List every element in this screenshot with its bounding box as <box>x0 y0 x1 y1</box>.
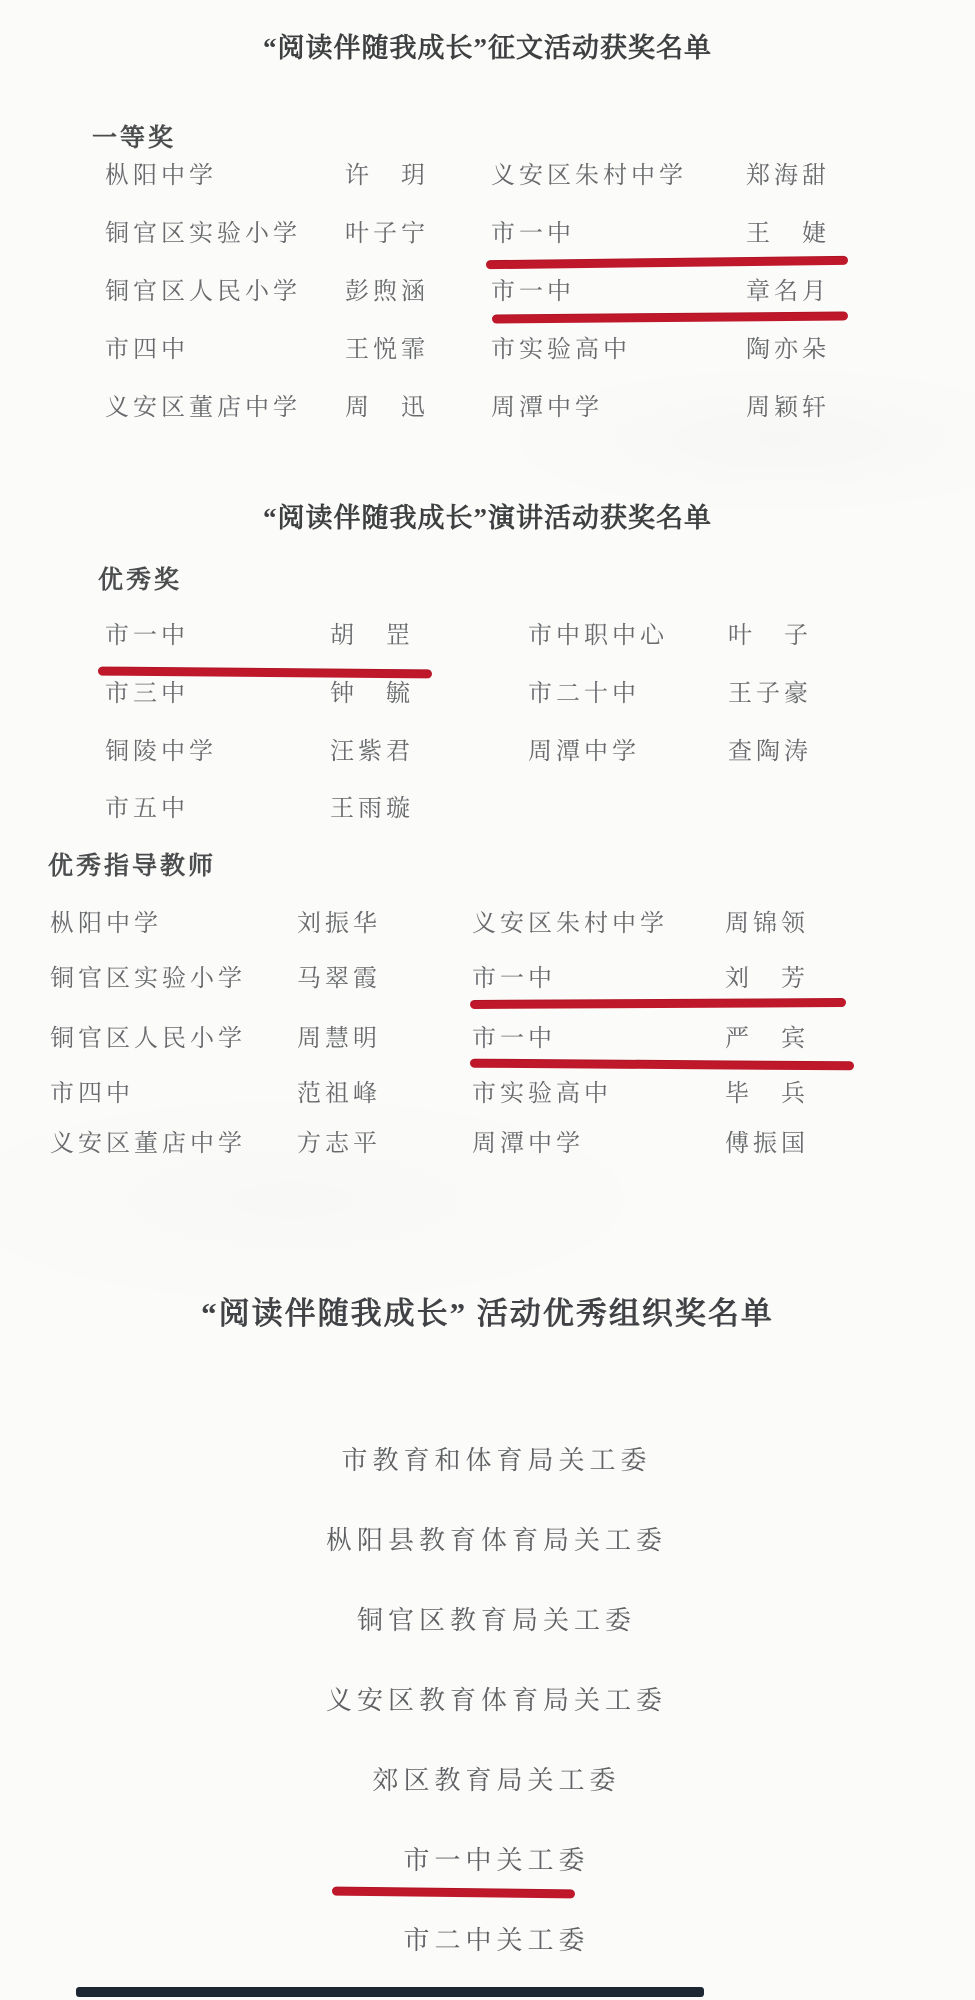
speech-award-title: “阅读伴随我成长”演讲活动获奖名单 <box>0 496 975 535</box>
red-underline-mark <box>332 1887 575 1899</box>
teacher-name-cell: 刘 芳 <box>725 958 809 993</box>
award-row: 铜官区人民小学 周慧明 市一中 严 宾 <box>0 1018 975 1052</box>
award-row: 市三中 钟 毓 市二十中 王子豪 <box>0 673 975 707</box>
student-name-cell: 周颖轩 <box>746 387 830 422</box>
school-cell: 铜陵中学 <box>105 731 217 766</box>
page-edge-line <box>76 1987 704 1997</box>
award-row: 市一中 胡 罡 市中职中心 叶 子 <box>0 615 975 649</box>
red-underline-mark <box>486 256 848 269</box>
guidance-teacher-label: 优秀指导教师 <box>48 846 216 882</box>
school-cell: 铜官区实验小学 <box>105 213 301 248</box>
student-name-cell: 胡 罡 <box>330 615 414 650</box>
award-row: 铜官区实验小学 叶子宁 市一中 王 婕 <box>0 213 975 247</box>
award-row: 铜官区人民小学 彭煦涵 市一中 章名月 <box>0 271 975 305</box>
red-underline-mark <box>492 311 848 323</box>
school-cell: 市四中 <box>105 329 189 364</box>
award-row: 义安区董店中学 周 迅 周潭中学 周颖轩 <box>0 387 975 421</box>
teacher-name-cell: 刘振华 <box>297 903 381 938</box>
student-name-cell: 汪紫君 <box>330 731 414 766</box>
school-cell: 周潭中学 <box>491 387 603 422</box>
student-name-cell: 彭煦涵 <box>345 271 429 306</box>
organization-award-title: “阅读伴随我成长” 活动优秀组织奖名单 <box>0 1288 975 1333</box>
student-name-cell: 许 玥 <box>345 155 429 190</box>
award-row: 市四中 范祖峰 市实验高中 毕 兵 <box>0 1073 975 1107</box>
red-underline-mark <box>470 998 846 1009</box>
school-cell: 周潭中学 <box>528 731 640 766</box>
teacher-name-cell: 马翠霞 <box>297 958 381 993</box>
school-cell: 市一中 <box>472 1018 556 1053</box>
school-cell: 铜官区实验小学 <box>50 958 246 993</box>
org-item: 市一中关工委 <box>0 1840 975 1877</box>
student-name-cell: 郑海甜 <box>746 155 830 190</box>
school-cell: 市二十中 <box>528 673 640 708</box>
teacher-name-cell: 周锦领 <box>725 903 809 938</box>
first-prize-label: 一等奖 <box>92 118 176 154</box>
scanned-document-page: “阅读伴随我成长”征文活动获奖名单 一等奖 枞阳中学 许 玥 义安区朱村中学 郑… <box>0 0 975 2000</box>
school-cell: 义安区朱村中学 <box>472 903 668 938</box>
teacher-name-cell: 严 宾 <box>725 1018 809 1053</box>
school-cell: 周潭中学 <box>472 1123 584 1158</box>
school-cell: 市实验高中 <box>491 329 631 364</box>
school-cell: 市一中 <box>105 615 189 650</box>
student-name-cell: 王 婕 <box>746 213 830 248</box>
school-cell: 义安区董店中学 <box>50 1123 246 1158</box>
org-item: 郊区教育局关工委 <box>0 1760 975 1797</box>
school-cell: 市一中 <box>472 958 556 993</box>
award-row: 枞阳中学 刘振华 义安区朱村中学 周锦领 <box>0 903 975 937</box>
red-underline-mark <box>470 1059 854 1071</box>
school-cell: 市三中 <box>105 673 189 708</box>
student-name-cell: 章名月 <box>746 271 830 306</box>
school-cell: 枞阳中学 <box>105 155 217 190</box>
award-row: 市五中 王雨璇 <box>0 788 975 822</box>
student-name-cell: 钟 毓 <box>330 673 414 708</box>
teacher-name-cell: 毕 兵 <box>725 1073 809 1108</box>
org-item: 市教育和体育局关工委 <box>0 1440 975 1477</box>
student-name-cell: 王子豪 <box>728 673 812 708</box>
award-row: 铜陵中学 汪紫君 周潭中学 查陶涛 <box>0 731 975 765</box>
org-item: 市二中关工委 <box>0 1920 975 1957</box>
school-cell: 市一中 <box>491 213 575 248</box>
school-cell: 铜官区人民小学 <box>105 271 301 306</box>
org-item: 枞阳县教育体育局关工委 <box>0 1520 975 1557</box>
excellence-prize-label: 优秀奖 <box>98 560 182 596</box>
student-name-cell: 周 迅 <box>345 387 429 422</box>
award-row: 市四中 王悦霏 市实验高中 陶亦朵 <box>0 329 975 363</box>
school-cell: 市实验高中 <box>472 1073 612 1108</box>
student-name-cell: 查陶涛 <box>728 731 812 766</box>
org-item: 铜官区教育局关工委 <box>0 1600 975 1637</box>
school-cell: 义安区朱村中学 <box>491 155 687 190</box>
teacher-name-cell: 范祖峰 <box>297 1073 381 1108</box>
award-row: 义安区董店中学 方志平 周潭中学 傅振国 <box>0 1123 975 1157</box>
teacher-name-cell: 傅振国 <box>725 1123 809 1158</box>
school-cell: 市四中 <box>50 1073 134 1108</box>
student-name-cell: 王悦霏 <box>345 329 429 364</box>
school-cell: 市五中 <box>105 788 189 823</box>
school-cell: 市中职中心 <box>528 615 668 650</box>
org-item: 义安区教育体育局关工委 <box>0 1680 975 1717</box>
student-name-cell: 叶 子 <box>728 615 812 650</box>
school-cell: 市一中 <box>491 271 575 306</box>
student-name-cell: 叶子宁 <box>345 213 429 248</box>
teacher-name-cell: 方志平 <box>297 1123 381 1158</box>
student-name-cell: 陶亦朵 <box>746 329 830 364</box>
student-name-cell: 王雨璇 <box>330 788 414 823</box>
award-row: 枞阳中学 许 玥 义安区朱村中学 郑海甜 <box>0 155 975 189</box>
school-cell: 枞阳中学 <box>50 903 162 938</box>
school-cell: 铜官区人民小学 <box>50 1018 246 1053</box>
school-cell: 义安区董店中学 <box>105 387 301 422</box>
award-row: 铜官区实验小学 马翠霞 市一中 刘 芳 <box>0 958 975 992</box>
teacher-name-cell: 周慧明 <box>297 1018 381 1053</box>
essay-award-title: “阅读伴随我成长”征文活动获奖名单 <box>0 26 975 65</box>
